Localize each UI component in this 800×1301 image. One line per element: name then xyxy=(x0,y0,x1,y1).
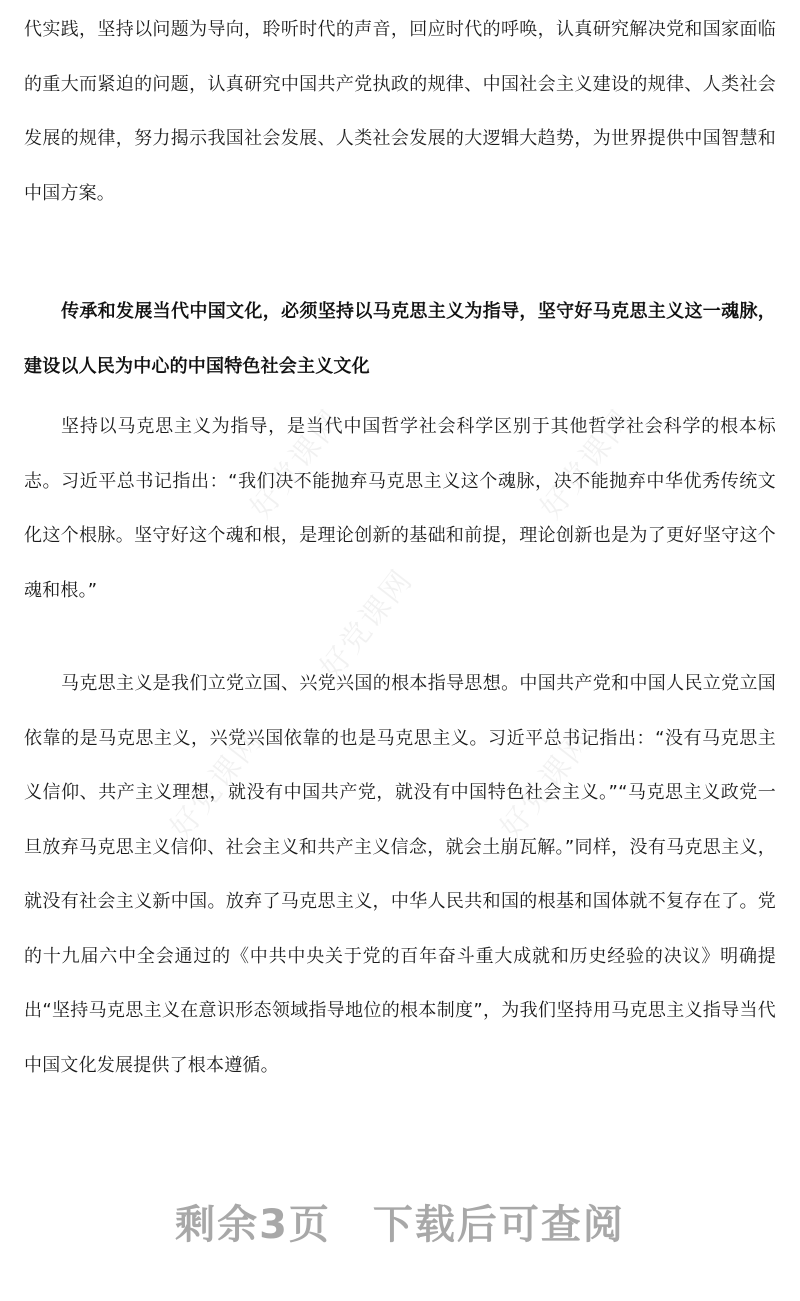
paragraph-1: 代实践，坚持以问题为导向，聆听时代的声音，回应时代的呼唤，认真研究解决党和国家面… xyxy=(24,3,776,221)
download-hint-label: 下载后可查阅 xyxy=(373,1193,625,1250)
remaining-pages-label: 剩余3页 xyxy=(175,1193,331,1250)
download-prompt[interactable]: 剩余3页下载后可查阅 xyxy=(0,1193,800,1250)
paragraph-3: 坚持以马克思主义为指导，是当代中国哲学社会科学区别于其他哲学社会科学的根本标志。… xyxy=(24,400,776,618)
paragraph-4: 马克思主义是我们立党立国、兴党兴国的根本指导思想。中国共产党和中国人民立党立国依… xyxy=(24,657,776,1093)
section-heading: 传承和发展当代中国文化，必须坚持以马克思主义为指导，坚守好马克思主义这一魂脉，建… xyxy=(24,285,776,394)
